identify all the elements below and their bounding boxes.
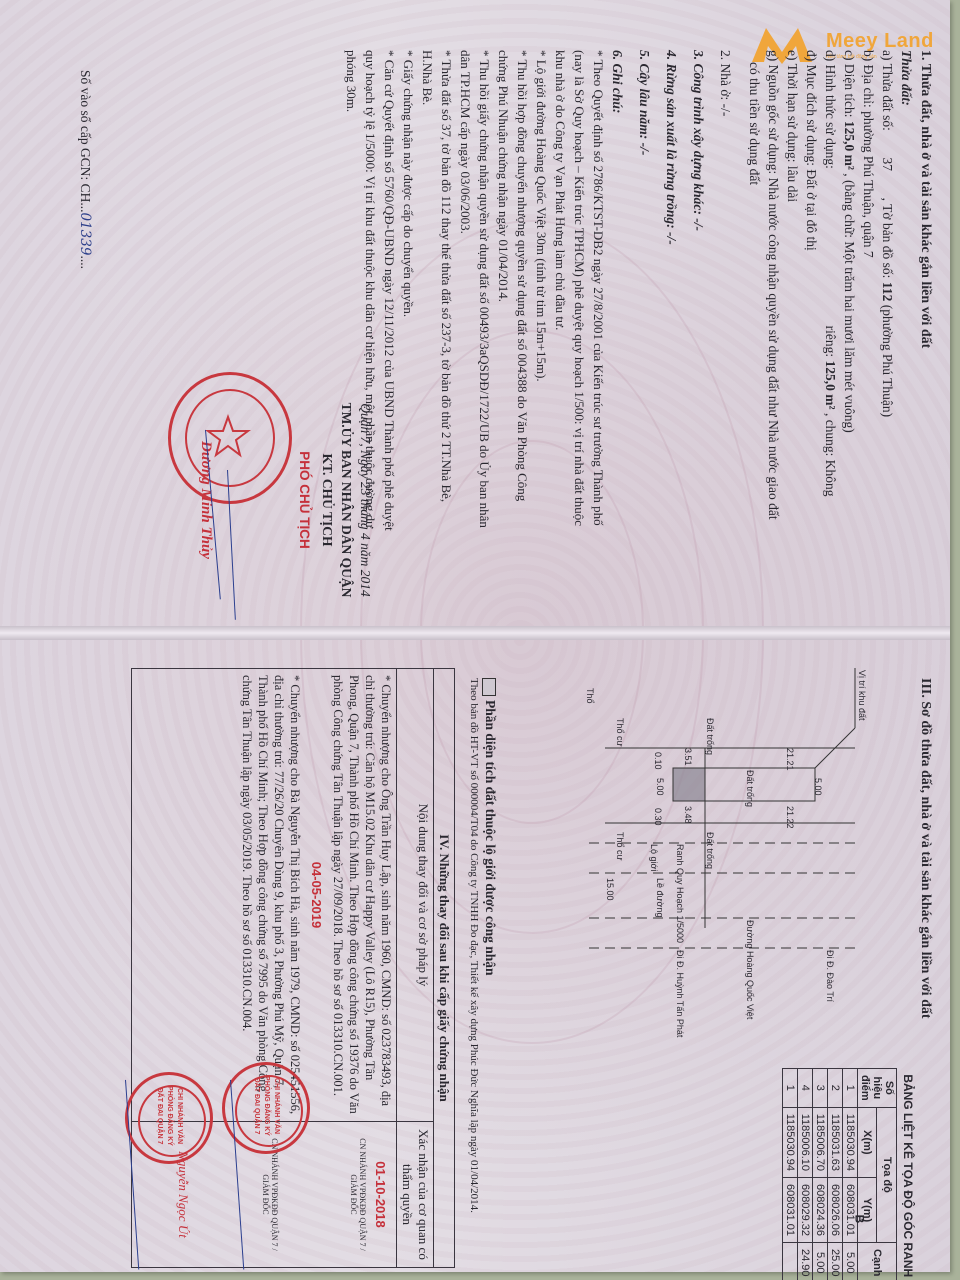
col-change-content: Nội dung thay đổi và cơ sở pháp lý bbox=[397, 669, 434, 1122]
note-line: chứng Phú Nhuận chứng nhận ngày 01/04/20… bbox=[494, 50, 513, 531]
change-entries: * Chuyển nhượng cho Ông Trần Huy Lập, si… bbox=[132, 669, 397, 1122]
label-road-main: Đường Hoàng Quốc Việt bbox=[745, 920, 755, 1019]
cell-point: 1 bbox=[843, 1069, 858, 1108]
label-planning-line: Ranh Quy Hoạch 1/5000 bbox=[675, 844, 685, 943]
cell-point: 3 bbox=[813, 1069, 828, 1108]
cell-x: 1185006.70 bbox=[813, 1107, 828, 1177]
change-1-date: 01-10-2018 bbox=[373, 1128, 388, 1261]
label-land: Đất trống bbox=[745, 770, 755, 807]
seal-1-text: CHI NHÁNH VĂN PHÒNG ĐĂNG KÝ ĐẤT ĐAI QUẬN… bbox=[251, 1076, 281, 1136]
sign-place-date: Quận 7, Ngày 23 tháng 4 năm 2014 bbox=[356, 350, 375, 650]
note-line: * Thu hồi giấy chứng nhận quyền sử dụng … bbox=[475, 50, 494, 531]
cell-edge bbox=[783, 1243, 798, 1280]
label-dim-d: 0.10 bbox=[653, 752, 663, 770]
seal-2-text: CHI NHÁNH VĂN PHÒNG ĐĂNG KÝ ĐẤT ĐAI QUẬN… bbox=[154, 1086, 184, 1146]
cell-point: 4 bbox=[798, 1069, 813, 1108]
section-1-page: 1. Thửa đất, nhà ở và tài sản khác gắn l… bbox=[55, 30, 955, 630]
area-words: , (bằng chữ: Một trăm hai mươi lăm mét v… bbox=[842, 173, 857, 432]
col-confirm: Xác nhận của cơ quan có thẩm quyền bbox=[397, 1122, 434, 1268]
usage-shared: , chung: Không bbox=[823, 413, 838, 497]
emblem-star-icon bbox=[205, 413, 251, 459]
perennial: 5. Cây lâu năm: -/- bbox=[635, 50, 654, 531]
cell-point: 2 bbox=[828, 1069, 843, 1108]
label-road-a: Đi Đ. Huỳnh Tấn Phát bbox=[675, 950, 685, 1037]
legend-label: Phần diện tích đất thuộc lộ giới được cô… bbox=[483, 700, 498, 975]
section-3-title: III. Sơ đồ thửa đất, nhà ở và tài sản kh… bbox=[916, 678, 935, 1019]
label-dim-top: 21.22 bbox=[785, 806, 795, 829]
label-dim-b: 3.51 bbox=[683, 748, 693, 766]
coordinate-row: 31185006.70608024.365.00 bbox=[813, 1069, 828, 1280]
cell-edge: 25.00 bbox=[828, 1243, 843, 1280]
note-line: * Theo Quyết định số 2786/KTST-DB2 ngày … bbox=[589, 50, 608, 531]
cell-x: 1185031.63 bbox=[828, 1107, 843, 1177]
label-road-width: 15.00 bbox=[605, 878, 615, 901]
coordinate-table: Số hiệu điểm Tọa độ Cạnh X(m) Y(m) 11185… bbox=[782, 1068, 897, 1280]
notes-list: * Theo Quyết định số 2786/KTST-DB2 ngày … bbox=[342, 50, 608, 531]
section-title: 1. Thửa đất, nhà ở và tài sản khác gắn l… bbox=[916, 50, 935, 531]
purpose: đ) Mục đích sử dụng: Đất ở tại đô thị bbox=[802, 50, 821, 531]
note-line: * Giấy chứng nhận này được cấp do chuyển… bbox=[399, 50, 418, 531]
col-edge: Cạnh bbox=[858, 1243, 897, 1280]
coordinate-row: 11185030.94608031.01 bbox=[783, 1069, 798, 1280]
register-label: Số vào sổ cấp GCN: CH... bbox=[78, 70, 93, 213]
section-3-4-page: III. Sơ đồ thửa đất, nhà ở và tài sản kh… bbox=[55, 648, 955, 1268]
coordinate-table-block: BẢNG LIỆT KÊ TỌA ĐỘ GÓC RANH Số hiệu điể… bbox=[782, 1068, 915, 1280]
label-row: Lộ giới bbox=[649, 844, 659, 871]
usage-private-label: riêng: bbox=[823, 326, 838, 358]
cell-y: 608024.36 bbox=[813, 1178, 828, 1243]
note-line: (nay là Sở Quy hoạch – Kiến trúc TPHCM) … bbox=[570, 50, 589, 531]
label-shoulder: Lề đường bbox=[655, 878, 665, 917]
label-dim-bottom: 21.21 bbox=[785, 748, 795, 771]
label-residential: Thổ cư bbox=[615, 718, 625, 747]
changes-section: IV. Những thay đổi sau khi cấp giấy chứn… bbox=[131, 668, 455, 1268]
note-line: * Lộ giới đường Hoàng Quốc Việt 30m (tín… bbox=[532, 50, 551, 531]
note-line: khu nhà ở do Công ty Vạn Phát Hưng làm c… bbox=[551, 50, 570, 531]
register-line: Số vào sổ cấp GCN: CH...01339.... bbox=[75, 70, 95, 269]
origin: g) Nguồn gốc sử dụng: Nhà nước công nhận… bbox=[764, 50, 783, 531]
changes-table: IV. Những thay đổi sau khi cấp giấy chứn… bbox=[131, 668, 455, 1268]
legend-note: Theo bản đồ HT-VT số 000004/T04 do Công … bbox=[467, 678, 481, 1238]
cell-y: 608026.06 bbox=[828, 1178, 843, 1243]
forest: 4. Rừng sản xuất là rừng trồng: -/- bbox=[662, 50, 681, 531]
label-land: Đất trống bbox=[705, 718, 715, 755]
parcel-no: 37 bbox=[878, 134, 897, 194]
coordinate-row: 21185031.63608026.0625.00 bbox=[828, 1069, 843, 1280]
label-residential: Thổ bbox=[585, 688, 595, 704]
sign-role-text: CHỦ TỊCH bbox=[320, 479, 335, 547]
change-2-date: 04-05-2019 bbox=[309, 675, 324, 1115]
note-line: * Thu hồi hợp đồng chuyển nhượng quyền s… bbox=[513, 50, 532, 531]
parcel-subtitle: Thửa đất: bbox=[897, 50, 916, 531]
note-line: H.Nhà Bè. bbox=[418, 50, 437, 531]
usage-private-value: 125,0 m² bbox=[823, 361, 838, 410]
change-1-sign-title: CN NHÁNH VPĐKĐĐ QUẬN 7 / GIÁM ĐỐC bbox=[349, 1128, 367, 1261]
usage-form-line: d) Hình thức sử dụng: riêng: 125,0 m² , … bbox=[821, 50, 840, 531]
map-sheet-note: (phường Phú Thuận) bbox=[880, 305, 895, 417]
label-site: Vị trí khu đất bbox=[857, 670, 867, 721]
area-value: 125,0 m² bbox=[842, 121, 857, 170]
change-entry-1: * Chuyển nhượng cho Ông Trần Huy Lập, si… bbox=[330, 675, 394, 1115]
col-y: Y(m) bbox=[858, 1178, 878, 1243]
section-4-title: IV. Những thay đổi sau khi cấp giấy chứn… bbox=[434, 669, 455, 1268]
address: b) Địa chỉ: phường Phú Thuận, quận 7 bbox=[859, 50, 878, 531]
registration-seal-2: CHI NHÁNH VĂN PHÒNG ĐĂNG KÝ ĐẤT ĐAI QUẬN… bbox=[125, 1072, 213, 1164]
cell-point: 1 bbox=[783, 1069, 798, 1108]
register-no: 01339 bbox=[77, 213, 93, 256]
legend: Phần diện tích đất thuộc lộ giới được cô… bbox=[467, 678, 500, 1278]
diagram-labels: Vị trí khu đất Đất trống 21.22 21.21 5.0… bbox=[515, 648, 915, 1068]
col-x: X(m) bbox=[858, 1107, 878, 1177]
legend-swatch bbox=[482, 678, 496, 696]
col-coords: Tọa độ bbox=[877, 1107, 897, 1242]
note-line: * Căn cứ Quyết định số 5760/QĐ-UBND ngày… bbox=[380, 50, 399, 531]
north-marker: B bbox=[852, 1215, 866, 1224]
term: e) Thời hạn sử dụng: lâu dài bbox=[783, 50, 802, 531]
sign-role-prefix: KT. bbox=[320, 454, 335, 476]
sign-role-stamp: PHÓ CHỦ TỊCH bbox=[295, 350, 314, 650]
map-sheet: 112 bbox=[880, 282, 895, 302]
other-works: 3. Công trình xây dựng khác: -/- bbox=[689, 50, 708, 531]
label-dim-a: 3.48 bbox=[683, 806, 693, 824]
cell-x: 1185006.10 bbox=[798, 1107, 813, 1177]
sign-role: KT. CHỦ TỊCH bbox=[318, 350, 337, 650]
cell-y: 608031.01 bbox=[783, 1178, 798, 1243]
area-label: c) Diện tích: bbox=[842, 50, 857, 117]
coordinate-row: 11185030.94608031.015.00 bbox=[843, 1069, 858, 1280]
table-title: BẢNG LIỆT KÊ TỌA ĐỘ GÓC RANH bbox=[901, 1068, 915, 1280]
parcel-no-label: a) Thửa đất số: bbox=[880, 50, 895, 131]
cell-edge: 5.00 bbox=[843, 1243, 858, 1280]
house: 2. Nhà ở: -/- bbox=[716, 50, 735, 531]
area-line: c) Diện tích: 125,0 m² , (bằng chữ: Một … bbox=[840, 50, 859, 531]
col-point: Số hiệu điểm bbox=[858, 1069, 897, 1108]
label-land: Đất trống bbox=[705, 832, 715, 869]
note-line: dân TP.HCM cấp ngày 03/06/2003. bbox=[456, 50, 475, 531]
label-residential: Thổ cư bbox=[615, 832, 625, 861]
label-dim-front: 5.00 bbox=[655, 778, 665, 796]
usage-form-label: d) Hình thức sử dụng: bbox=[823, 50, 838, 169]
sign-org: TM.ỦY BAN NHÂN DÂN QUẬN bbox=[337, 350, 356, 650]
map-sheet-label: , Tờ bản đồ số: bbox=[880, 198, 895, 279]
legend-line: Phần diện tích đất thuộc lộ giới được cô… bbox=[481, 678, 500, 1278]
cell-y: 608031.01 bbox=[843, 1178, 858, 1243]
label-dim-end: 5.00 bbox=[813, 778, 823, 796]
notes-title: 6. Ghi chú: bbox=[608, 50, 627, 531]
origin-cont: có thu tiền sử dụng đất bbox=[745, 50, 764, 531]
cell-x: 1185030.94 bbox=[783, 1107, 798, 1177]
cell-edge: 24.90 bbox=[798, 1243, 813, 1280]
cell-edge: 5.00 bbox=[813, 1243, 828, 1280]
parcel-number-line: a) Thửa đất số: 37 , Tờ bản đồ số: 112 (… bbox=[878, 50, 897, 531]
change-entry-2: * Chuyển nhượng cho Bà Nguyễn Thị Bích H… bbox=[239, 675, 303, 1115]
cell-x: 1185030.94 bbox=[843, 1107, 858, 1177]
district-seal bbox=[168, 372, 292, 504]
note-line: * Thửa đất số 37, tờ bản đồ 112 thay thế… bbox=[437, 50, 456, 531]
label-road-b: Đi Đ. Đào Trí bbox=[825, 950, 835, 1002]
cell-y: 608029.32 bbox=[798, 1178, 813, 1243]
label-dim-c: 0.30 bbox=[653, 808, 663, 826]
coordinate-row: 41185006.10608029.3224.90 bbox=[798, 1069, 813, 1280]
